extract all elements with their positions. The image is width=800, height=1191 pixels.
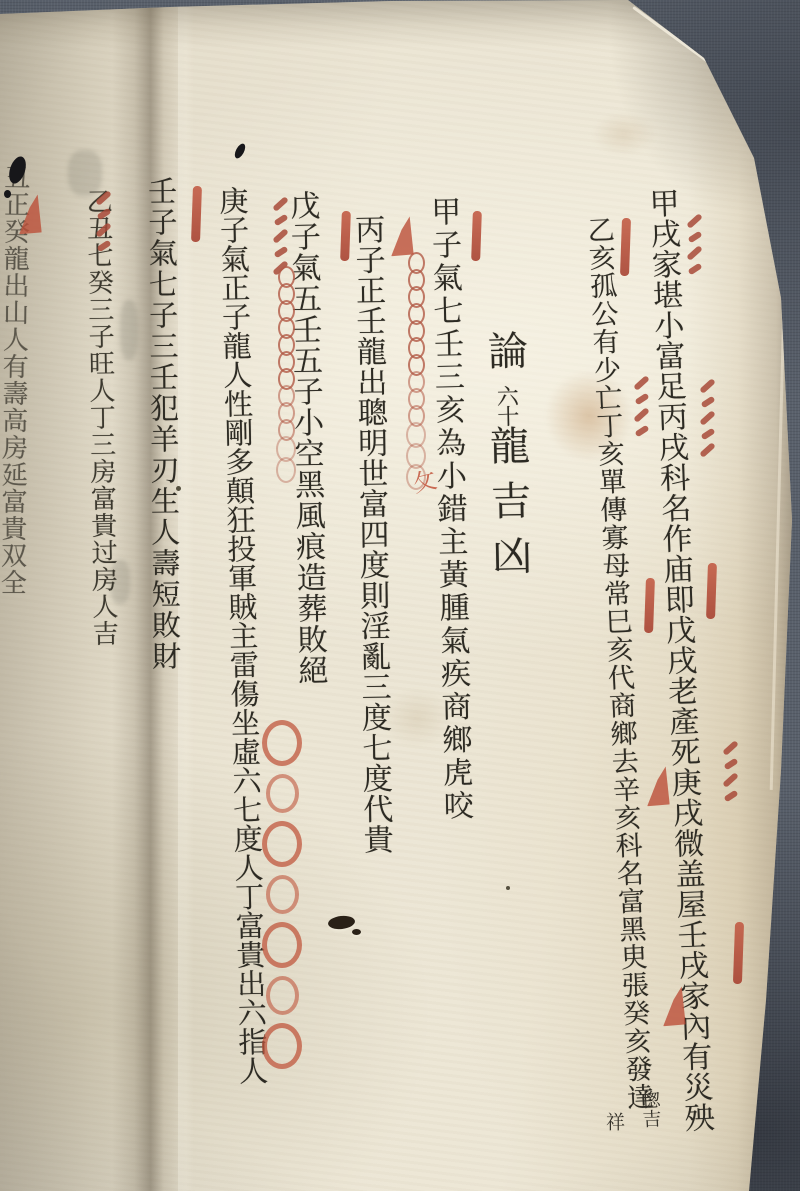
top-edge-shadow bbox=[0, 0, 800, 48]
vermilion-bar-mark bbox=[706, 563, 717, 619]
title-lead: 論 bbox=[481, 330, 528, 386]
text-column-jiaxu: 甲戌家堪小富足丙戌科名作庙即戊戌老產死庚戌微盖屋壬戌家內有災殃 bbox=[645, 187, 711, 1133]
vermilion-rings-mark bbox=[262, 712, 302, 1069]
vermilion-chain-mark bbox=[276, 266, 296, 483]
paper-speck bbox=[506, 886, 510, 890]
title-ligature-sixty: 六十 bbox=[493, 385, 519, 426]
torn-corner-shadow bbox=[596, 0, 796, 230]
vermilion-bar-mark bbox=[733, 922, 744, 984]
vermilion-dashes-mark bbox=[633, 375, 650, 439]
right-edge-highlight bbox=[770, 310, 786, 790]
ink-showthrough bbox=[120, 300, 138, 360]
vermilion-bar-mark bbox=[620, 218, 631, 276]
paper-hole-small bbox=[352, 929, 361, 935]
text-column-gengzi: 庚子氣正子龍人性剛多顛狂投軍賊主雷傷坐虛六七度人丁富貴出六指人 bbox=[217, 186, 266, 1085]
vermilion-dashes-mark bbox=[95, 190, 112, 254]
vermilion-dashes-mark bbox=[699, 378, 716, 458]
vermilion-chain-mark bbox=[406, 252, 426, 490]
manuscript-photo: 攵 甲戌家堪小富足丙戌科名作庙即戊戌老產死庚戌微盖屋壬戌家內有災殃 乙亥孤公有少… bbox=[0, 0, 800, 1191]
vermilion-bar-mark bbox=[471, 211, 482, 261]
vermilion-bar-mark bbox=[340, 211, 351, 261]
paper-hole bbox=[327, 915, 355, 931]
ink-dot bbox=[4, 190, 11, 198]
text-column-renzi: 壬子氣七子三壬犯羊刃生人壽短敗財 bbox=[146, 176, 179, 672]
paper-speck bbox=[176, 486, 181, 491]
vermilion-bar-mark bbox=[644, 578, 655, 633]
text-column-yihai: 乙亥孤公有少亡丁亥單傳寡母常巳亥代商鄉去辛亥科名富黑㬰張癸亥發達 bbox=[584, 215, 652, 1111]
title-tail: 龍吉凶 bbox=[483, 424, 532, 590]
vermilion-dashes-mark bbox=[686, 213, 703, 277]
section-title: 論六十龍吉凶 bbox=[484, 330, 529, 591]
vermilion-dashes-mark bbox=[722, 740, 739, 804]
text-column-jiazi: 甲子氣七壬三亥為小錯主黃腫氣疾商鄉虎咬 bbox=[427, 196, 470, 823]
torn-edge-highlight bbox=[632, 6, 762, 101]
manuscript-page: 攵 甲戌家堪小富足丙戌科名作庙即戊戌老產死庚戌微盖屋壬戌家內有災殃 乙亥孤公有少… bbox=[0, 0, 800, 1191]
vermilion-bar-mark bbox=[191, 186, 202, 242]
text-column-yichou: 乙丑七癸三子旺人丁三房富貴过房人吉 bbox=[84, 188, 116, 647]
ink-tick bbox=[233, 142, 248, 160]
vermilion-dashes-mark bbox=[272, 196, 289, 276]
yihai-note-right: 愡吉 bbox=[639, 1090, 660, 1129]
text-column-bingzi: 丙子正壬龍出聰明世富四度則淫亂三度七度代貴 bbox=[351, 214, 390, 855]
faint-stain bbox=[592, 112, 656, 156]
yihai-note-left: 祥 bbox=[604, 1112, 623, 1131]
